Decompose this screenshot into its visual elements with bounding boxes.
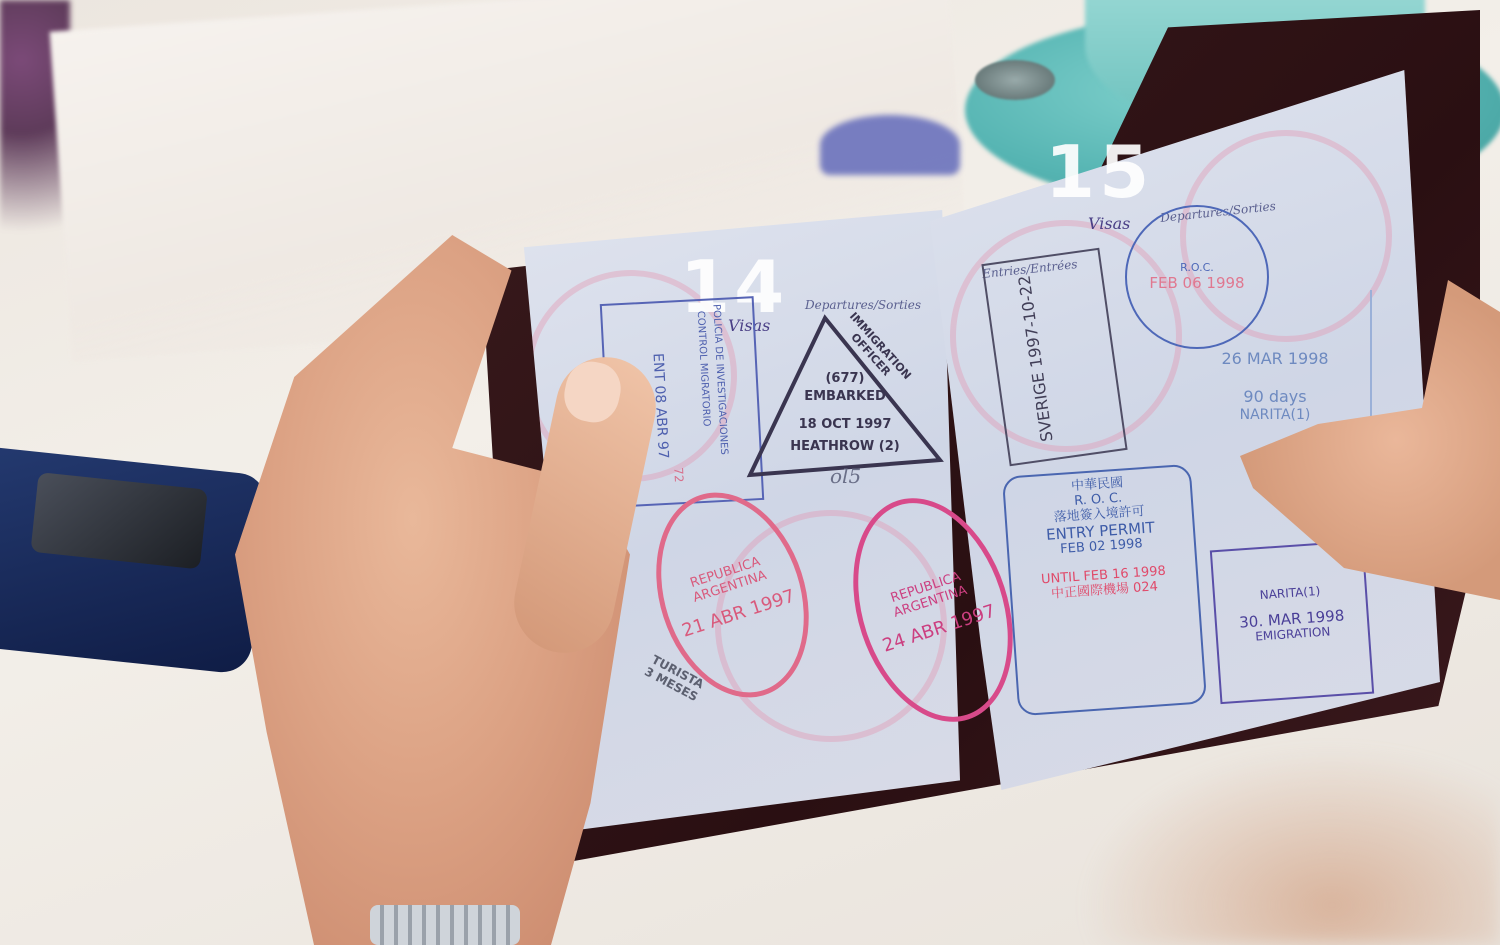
sweden-text: SVERIGE 1997-10-22 [1015,274,1057,443]
stamp-roc-entry-permit: 中華民國 R. O. C. 落地簽入境許可 ENTRY PERMIT FEB 0… [1002,464,1207,717]
chile-code: 72 [670,467,685,483]
handwritten-note: ol5 [830,465,861,488]
stamp-heathrow: (677) EMBARKED 18 OCT 1997 HEATHROW (2) … [745,310,945,480]
roc-circle-top: R.O.C. [1180,262,1214,275]
heathrow-date: 18 OCT 1997 [745,418,945,433]
narita-entry-date: 26 MAR 1998 [1180,350,1370,368]
page-number-right: 15 [1045,130,1153,214]
narita-exit-place: NARITA(1) [1215,582,1366,606]
sweden-date: 1997-10-22 [1014,274,1046,369]
phone-screen [30,472,207,569]
roc-number: 024 [1133,579,1159,596]
visas-label-right: Visas [1088,214,1130,233]
heathrow-place: HEATHROW (2) [745,440,945,455]
chile-subheader: CONTROL MIGRATORIO [694,311,712,427]
narita-entry-stay: 90 days [1180,388,1370,406]
wristwatch [370,905,520,945]
sweden-country: SVERIGE [1028,371,1056,443]
foreground-blur [1080,745,1500,945]
mobile-phone [0,445,270,675]
chile-header: POLICIA DE INVESTIGACIONES [710,304,729,455]
